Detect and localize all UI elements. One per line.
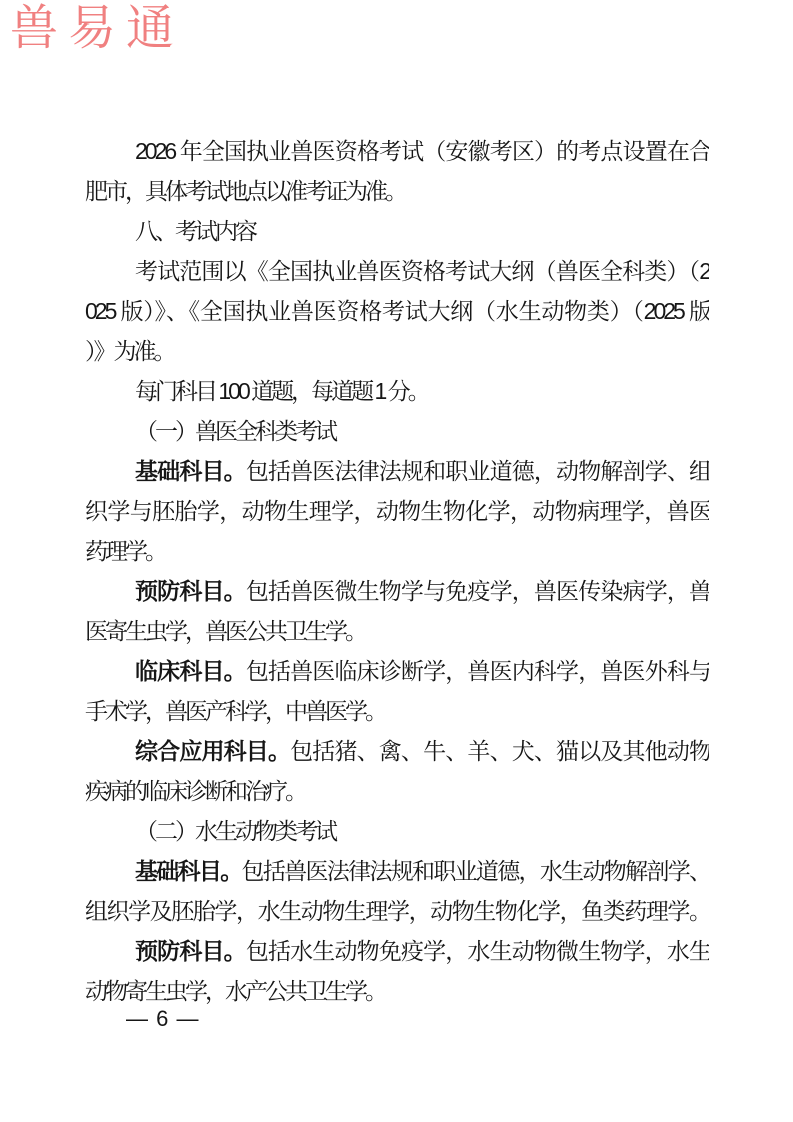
line-text: 包括兽医微生物学与免疫学，兽医传染病学，兽	[246, 578, 709, 604]
text-line: （二）水生动物类考试	[85, 811, 709, 851]
line-text: 考试范围以《全国执业兽医资格考试大纲（兽医全科类）（2	[135, 258, 709, 284]
document-text: 2026 年全国执业兽医资格考试（安徽考区）的考点设置在合肥市，具体考试地点以准…	[85, 131, 709, 1011]
text-line: 临床科目。包括兽医临床诊断学，兽医内科学，兽医外科与	[85, 651, 709, 691]
subject-label: 基础科目。	[135, 858, 242, 884]
text-line: 025 版）》、《全国执业兽医资格考试大纲（水生动物类）（2025 版	[85, 291, 709, 331]
line-text: 药理学。	[85, 538, 165, 564]
text-line: 预防科目。包括水生动物免疫学，水生动物微生物学，水生	[85, 931, 709, 971]
line-text: 八、考试内容	[135, 218, 255, 244]
watermark-logo: 兽易通	[10, 0, 184, 58]
line-text: 包括兽医法律法规和职业道德，动物解剖学、组	[246, 458, 709, 484]
text-line: 药理学。	[85, 531, 709, 571]
text-line: （一）兽医全科类考试	[85, 411, 709, 451]
line-text: 手术学，兽医产科学，中兽医学。	[85, 698, 385, 724]
line-text: 组织学及胚胎学，水生动物生理学，动物生物化学，鱼类药理学。	[85, 898, 709, 924]
text-line: 八、考试内容	[85, 211, 709, 251]
line-text: 2026 年全国执业兽医资格考试（安徽考区）的考点设置在合	[135, 138, 709, 164]
line-text: ）》为准。	[85, 338, 174, 364]
text-line: 肥市，具体考试地点以准考证为准。	[85, 171, 709, 211]
subject-label: 基础科目。	[135, 458, 246, 484]
text-line: ）》为准。	[85, 331, 709, 371]
line-text: （一）兽医全科类考试	[135, 418, 335, 444]
text-line: 疾病的临床诊断和治疗。	[85, 771, 709, 811]
text-line: 基础科目。包括兽医法律法规和职业道德，水生动物解剖学、	[85, 851, 709, 891]
line-text: 包括猪、禽、牛、羊、犬、猫以及其他动物	[290, 738, 709, 764]
line-text: 包括兽医临床诊断学，兽医内科学，兽医外科与	[246, 658, 709, 684]
line-text: 动物寄生虫学，水产公共卫生学。	[85, 978, 385, 1004]
text-line: 2026 年全国执业兽医资格考试（安徽考区）的考点设置在合	[85, 131, 709, 171]
line-text: 025 版）》、《全国执业兽医资格考试大纲（水生动物类）（2025 版	[85, 298, 709, 324]
line-text: （二）水生动物类考试	[135, 818, 335, 844]
text-line: 织学与胚胎学，动物生理学，动物生物化学，动物病理学，兽医	[85, 491, 709, 531]
text-line: 组织学及胚胎学，水生动物生理学，动物生物化学，鱼类药理学。	[85, 891, 709, 931]
text-line: 综合应用科目。包括猪、禽、牛、羊、犬、猫以及其他动物	[85, 731, 709, 771]
line-text: 每门科目 100 道题，每道题 1 分。	[135, 378, 428, 404]
line-text: 医寄生虫学，兽医公共卫生学。	[85, 618, 365, 644]
document-page: 兽易通 2026 年全国执业兽医资格考试（安徽考区）的考点设置在合肥市，具体考试…	[0, 0, 793, 1122]
line-text: 肥市，具体考试地点以准考证为准。	[85, 178, 405, 204]
subject-label: 综合应用科目。	[135, 738, 290, 764]
text-line: 手术学，兽医产科学，中兽医学。	[85, 691, 709, 731]
text-line: 医寄生虫学，兽医公共卫生学。	[85, 611, 709, 651]
line-text: 包括兽医法律法规和职业道德，水生动物解剖学、	[242, 858, 709, 884]
line-text: 包括水生动物免疫学，水生动物微生物学，水生	[246, 938, 709, 964]
text-line: 基础科目。包括兽医法律法规和职业道德，动物解剖学、组	[85, 451, 709, 491]
subject-label: 预防科目。	[135, 578, 246, 604]
text-line: 预防科目。包括兽医微生物学与免疫学，兽医传染病学，兽	[85, 571, 709, 611]
subject-label: 临床科目。	[135, 658, 246, 684]
subject-label: 预防科目。	[135, 938, 246, 964]
text-line: 考试范围以《全国执业兽医资格考试大纲（兽医全科类）（2	[85, 251, 709, 291]
line-text: 疾病的临床诊断和治疗。	[85, 778, 305, 804]
line-text: 织学与胚胎学，动物生理学，动物生物化学，动物病理学，兽医	[85, 498, 709, 524]
page-number: — 6 —	[126, 1003, 199, 1035]
text-line: 每门科目 100 道题，每道题 1 分。	[85, 371, 709, 411]
